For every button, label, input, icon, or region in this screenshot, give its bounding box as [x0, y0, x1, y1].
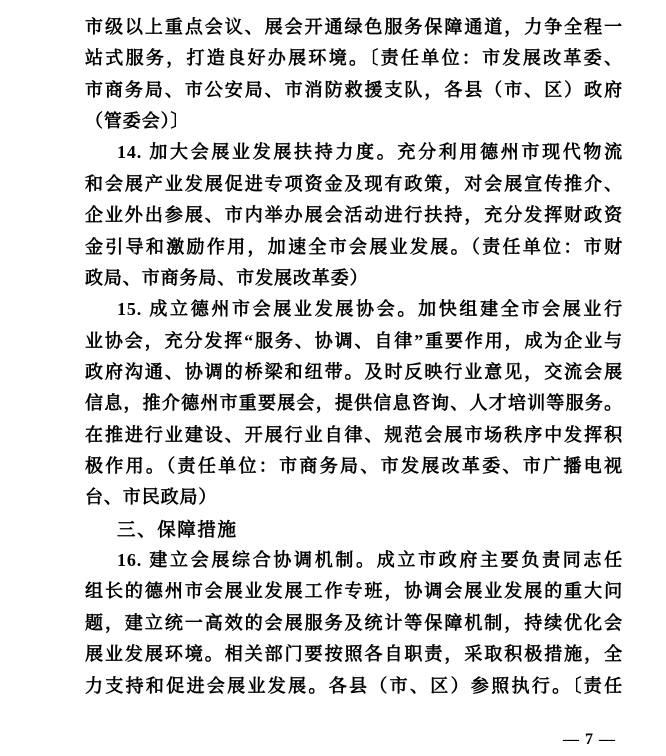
text-line: 组长的德州市会展业发展工作专班，协调会展业发展的重大问 [85, 576, 623, 607]
text-line: 企业外出参展、市内举办展会活动进行扶持，充分发挥财政资 [85, 200, 623, 231]
text-line: 政局、市商务局、市发展改革委） [85, 263, 623, 294]
text-line: 业协会，充分发挥“服务、协调、自律”重要作用，成为企业与 [85, 326, 623, 357]
text-line: 信息，推介德州市重要展会，提供信息咨询、人才培训等服务。 [85, 388, 623, 419]
text-line: 市商务局、市公安局、市消防救援支队，各县（市、区）政府 [85, 75, 623, 106]
text-line: 力支持和促进会展业发展。各县（市、区）参照执行。〔责任 [85, 671, 623, 702]
page-number: — 7 — [563, 729, 616, 751]
text-line: 台、市民政局） [85, 482, 623, 513]
text-line: 金引导和激励作用，加速全市会展业发展。（责任单位：市财 [85, 232, 623, 263]
text-line: 和会展产业发展促进专项资金及现有政策，对会展宣传推介、 [85, 169, 623, 200]
text-line: 16. 建立会展综合协调机制。成立市政府主要负责同志任 [85, 545, 623, 576]
text-line: 展业发展环境。相关部门要按照各自职责，采取积极措施，全 [85, 639, 623, 670]
text-line: 政府沟通、协调的桥梁和纽带。及时反映行业意见，交流会展 [85, 357, 623, 388]
section-heading: 三、保障措施 [85, 514, 623, 545]
document-body: 市级以上重点会议、展会开通绿色服务保障通道，力争全程一站式服务，打造良好办展环境… [85, 12, 623, 702]
text-line: 市级以上重点会议、展会开通绿色服务保障通道，力争全程一 [85, 12, 623, 43]
text-line: （管委会）〕 [85, 106, 623, 137]
document-page: 市级以上重点会议、展会开通绿色服务保障通道，力争全程一站式服务，打造良好办展环境… [0, 0, 666, 756]
text-line: 在推进行业建设、开展行业自律、规范会展市场秩序中发挥积 [85, 420, 623, 451]
text-line: 极作用。（责任单位：市商务局、市发展改革委、市广播电视 [85, 451, 623, 482]
text-line: 15. 成立德州市会展业发展协会。加快组建全市会展业行 [85, 294, 623, 325]
text-line: 14. 加大会展业发展扶持力度。充分利用德州市现代物流 [85, 137, 623, 168]
text-line: 题，建立统一高效的会展服务及统计等保障机制，持续优化会 [85, 608, 623, 639]
text-line: 站式服务，打造良好办展环境。〔责任单位：市发展改革委、 [85, 43, 623, 74]
